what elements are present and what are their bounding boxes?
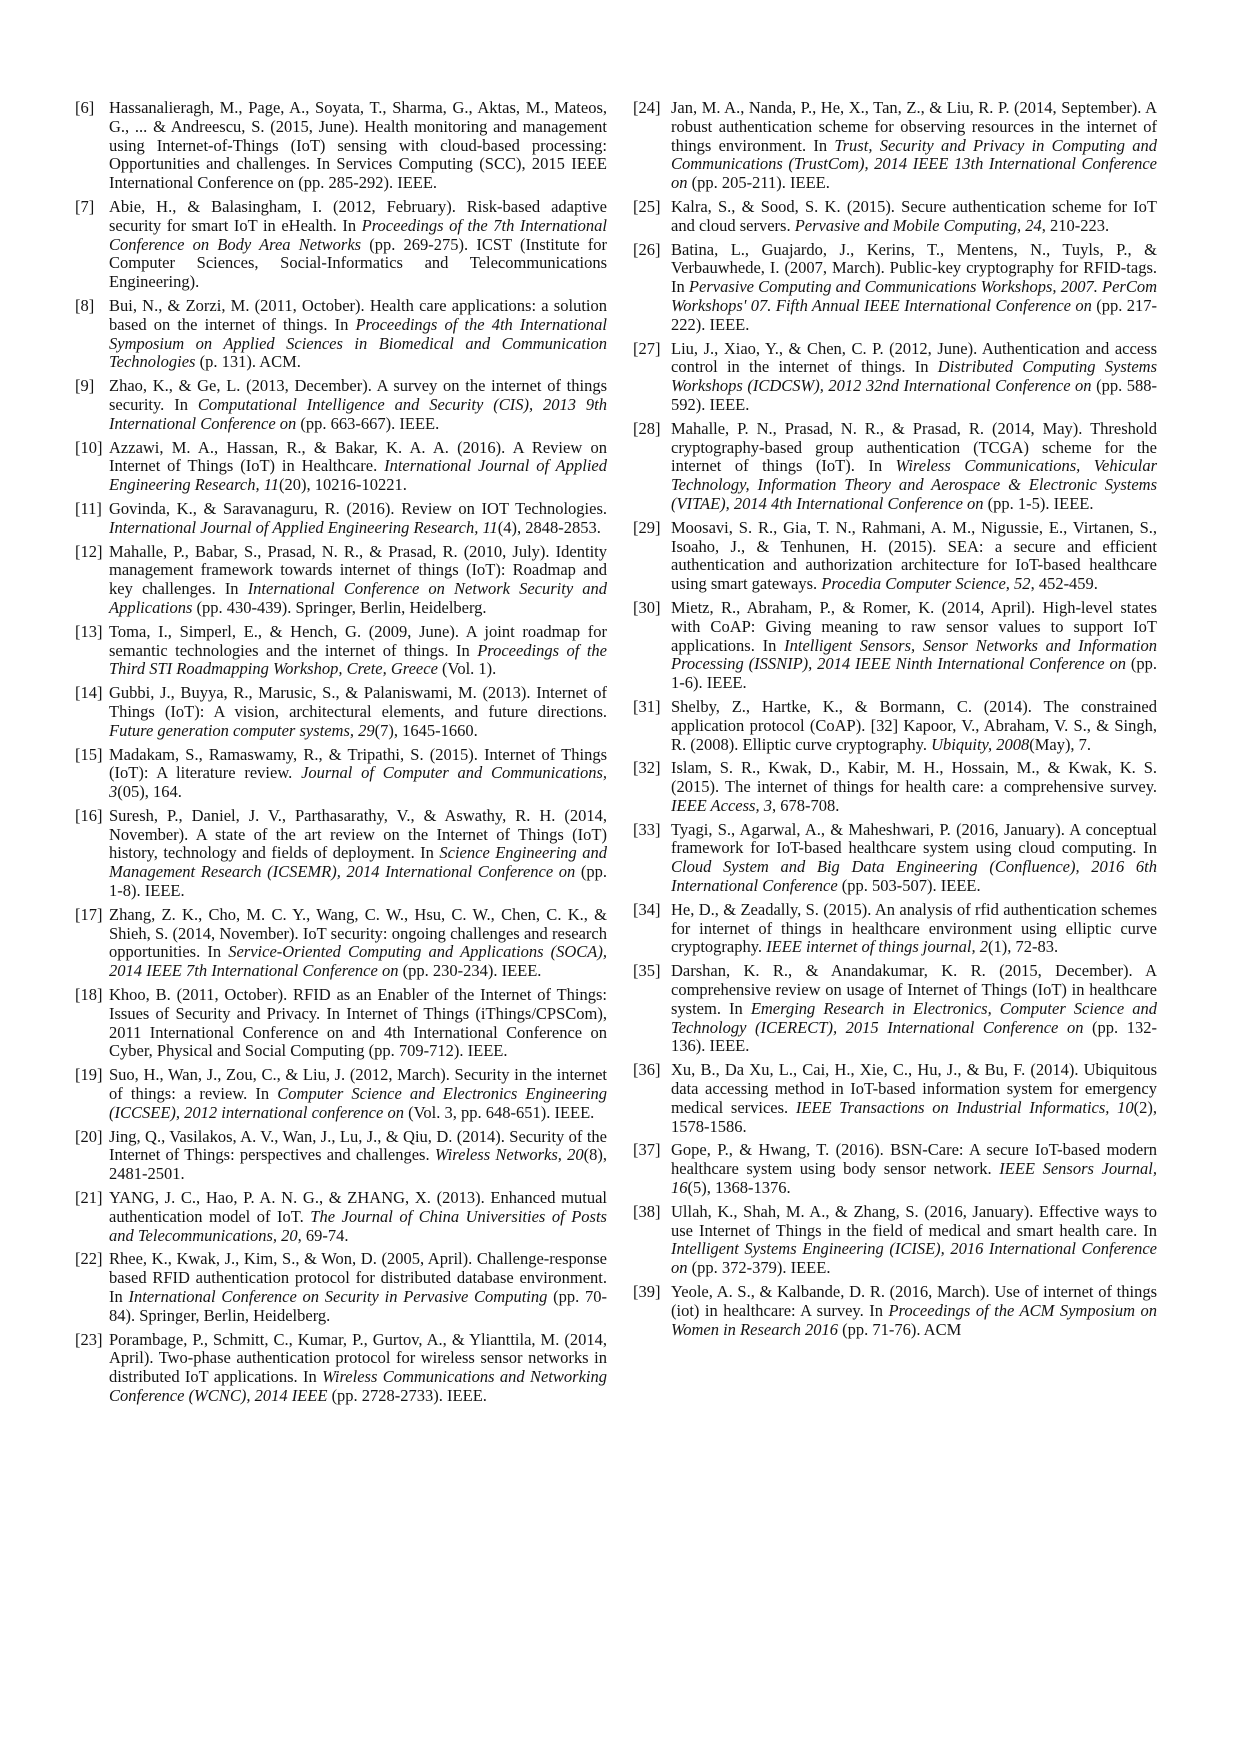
reference-text: Mahalle, P. N., Prasad, N. R., & Prasad,…: [671, 420, 1157, 514]
reference-item: [27]Liu, J., Xiao, Y., & Chen, C. P. (20…: [633, 340, 1157, 415]
reference-number: [17]: [75, 906, 109, 925]
reference-number: [25]: [633, 198, 671, 217]
reference-item: [38]Ullah, K., Shah, M. A., & Zhang, S. …: [633, 1203, 1157, 1278]
reference-text: Zhao, K., & Ge, L. (2013, December). A s…: [109, 377, 607, 433]
reference-item: [13]Toma, I., Simperl, E., & Hench, G. (…: [75, 623, 607, 679]
reference-text: Madakam, S., Ramaswamy, R., & Tripathi, …: [109, 746, 607, 802]
reference-number: [7]: [75, 198, 109, 217]
reference-text-segment: (20), 10216-10221.: [279, 475, 407, 494]
reference-text: Abie, H., & Balasingham, I. (2012, Febru…: [109, 198, 607, 292]
reference-text: Gope, P., & Hwang, T. (2016). BSN-Care: …: [671, 1141, 1157, 1197]
reference-number: [14]: [75, 684, 109, 703]
reference-text: Islam, S. R., Kwak, D., Kabir, M. H., Ho…: [671, 759, 1157, 815]
reference-text: Jan, M. A., Nanda, P., He, X., Tan, Z., …: [671, 99, 1157, 193]
reference-item: [25]Kalra, S., & Sood, S. K. (2015). Sec…: [633, 198, 1157, 236]
reference-item: [22]Rhee, K., Kwak, J., Kim, S., & Won, …: [75, 1250, 607, 1325]
reference-item: [14]Gubbi, J., Buyya, R., Marusic, S., &…: [75, 684, 607, 740]
reference-text-segment: Gubbi, J., Buyya, R., Marusic, S., & Pal…: [109, 683, 607, 721]
reference-text-segment: (1), 72-83.: [988, 937, 1058, 956]
reference-number: [8]: [75, 297, 109, 316]
references-column-right: [24]Jan, M. A., Nanda, P., He, X., Tan, …: [633, 99, 1157, 1344]
reference-text-italic-segment: Future generation computer systems, 29: [109, 721, 375, 740]
reference-text-italic-segment: International Journal of Applied Enginee…: [109, 518, 498, 537]
reference-number: [26]: [633, 241, 671, 260]
reference-text: Shelby, Z., Hartke, K., & Bormann, C. (2…: [671, 698, 1157, 754]
reference-number: [29]: [633, 519, 671, 538]
reference-text-segment: (5), 1368-1376.: [688, 1178, 791, 1197]
reference-text-segment: (p. 131). ACM.: [195, 352, 300, 371]
reference-number: [13]: [75, 623, 109, 642]
reference-text: Batina, L., Guajardo, J., Kerins, T., Me…: [671, 241, 1157, 335]
reference-item: [26]Batina, L., Guajardo, J., Kerins, T.…: [633, 241, 1157, 335]
reference-item: [35]Darshan, K. R., & Anandakumar, K. R.…: [633, 962, 1157, 1056]
reference-text-segment: (05), 164.: [117, 782, 182, 801]
reference-number: [20]: [75, 1128, 109, 1147]
reference-text: Tyagi, S., Agarwal, A., & Maheshwari, P.…: [671, 821, 1157, 896]
reference-text-italic-segment: Ubiquity, 2008: [931, 735, 1029, 754]
reference-item: [9]Zhao, K., & Ge, L. (2013, December). …: [75, 377, 607, 433]
reference-item: [24]Jan, M. A., Nanda, P., He, X., Tan, …: [633, 99, 1157, 193]
reference-text-italic-segment: Wireless Networks, 20: [435, 1145, 584, 1164]
reference-number: [35]: [633, 962, 671, 981]
reference-text-italic-segment: IEEE Transactions on Industrial Informat…: [796, 1098, 1134, 1117]
reference-text-segment: , 69-74.: [298, 1226, 349, 1245]
reference-text: Ullah, K., Shah, M. A., & Zhang, S. (201…: [671, 1203, 1157, 1278]
reference-item: [16]Suresh, P., Daniel, J. V., Parthasar…: [75, 807, 607, 901]
reference-text: Jing, Q., Vasilakos, A. V., Wan, J., Lu,…: [109, 1128, 607, 1184]
reference-text: Liu, J., Xiao, Y., & Chen, C. P. (2012, …: [671, 340, 1157, 415]
reference-number: [34]: [633, 901, 671, 920]
reference-text-segment: (pp. 71-76). ACM: [838, 1320, 961, 1339]
reference-text: Azzawi, M. A., Hassan, R., & Bakar, K. A…: [109, 439, 607, 495]
reference-item: [6]Hassanalieragh, M., Page, A., Soyata,…: [75, 99, 607, 193]
reference-text-segment: Govinda, K., & Saravanaguru, R. (2016). …: [109, 499, 607, 518]
reference-text-segment: (pp. 663-667). IEEE.: [296, 414, 439, 433]
reference-text-segment: (pp. 230-234). IEEE.: [398, 961, 541, 980]
reference-text: Xu, B., Da Xu, L., Cai, H., Xie, C., Hu,…: [671, 1061, 1157, 1136]
reference-item: [31]Shelby, Z., Hartke, K., & Bormann, C…: [633, 698, 1157, 754]
reference-text-segment: (May), 7.: [1029, 735, 1091, 754]
reference-text-segment: (4), 2848-2853.: [498, 518, 601, 537]
reference-text: Mietz, R., Abraham, P., & Romer, K. (201…: [671, 599, 1157, 693]
reference-item: [32]Islam, S. R., Kwak, D., Kabir, M. H.…: [633, 759, 1157, 815]
reference-text-segment: Khoo, B. (2011, October). RFID as an Ena…: [109, 985, 607, 1060]
reference-item: [12]Mahalle, P., Babar, S., Prasad, N. R…: [75, 543, 607, 618]
reference-number: [9]: [75, 377, 109, 396]
reference-number: [33]: [633, 821, 671, 840]
reference-number: [39]: [633, 1283, 671, 1302]
reference-item: [11]Govinda, K., & Saravanaguru, R. (201…: [75, 500, 607, 538]
reference-text-segment: (7), 1645-1660.: [375, 721, 478, 740]
reference-text: Moosavi, S. R., Gia, T. N., Rahmani, A. …: [671, 519, 1157, 594]
reference-text-segment: (pp. 1-5). IEEE.: [984, 494, 1094, 513]
reference-text-segment: (pp. 205-211). IEEE.: [688, 173, 830, 192]
reference-number: [38]: [633, 1203, 671, 1222]
reference-item: [21]YANG, J. C., Hao, P. A. N. G., & ZHA…: [75, 1189, 607, 1245]
reference-text-segment: , 452-459.: [1031, 574, 1098, 593]
reference-text: Bui, N., & Zorzi, M. (2011, October). He…: [109, 297, 607, 372]
reference-number: [6]: [75, 99, 109, 118]
reference-number: [24]: [633, 99, 671, 118]
references-page: [6]Hassanalieragh, M., Page, A., Soyata,…: [0, 0, 1241, 1754]
reference-item: [37]Gope, P., & Hwang, T. (2016). BSN-Ca…: [633, 1141, 1157, 1197]
reference-text-segment: (Vol. 3, pp. 648-651). IEEE.: [404, 1103, 594, 1122]
reference-number: [27]: [633, 340, 671, 359]
reference-text: Khoo, B. (2011, October). RFID as an Ena…: [109, 986, 607, 1061]
reference-number: [31]: [633, 698, 671, 717]
reference-text-segment: Islam, S. R., Kwak, D., Kabir, M. H., Ho…: [671, 758, 1157, 796]
reference-text-italic-segment: Pervasive Computing and Communications W…: [671, 277, 1157, 315]
reference-item: [23]Porambage, P., Schmitt, C., Kumar, P…: [75, 1331, 607, 1406]
reference-item: [10]Azzawi, M. A., Hassan, R., & Bakar, …: [75, 439, 607, 495]
reference-item: [36]Xu, B., Da Xu, L., Cai, H., Xie, C.,…: [633, 1061, 1157, 1136]
reference-number: [22]: [75, 1250, 109, 1269]
reference-item: [17]Zhang, Z. K., Cho, M. C. Y., Wang, C…: [75, 906, 607, 981]
reference-text-italic-segment: IEEE internet of things journal, 2: [766, 937, 988, 956]
reference-text-segment: Hassanalieragh, M., Page, A., Soyata, T.…: [109, 98, 607, 192]
reference-number: [11]: [75, 500, 109, 519]
reference-item: [29]Moosavi, S. R., Gia, T. N., Rahmani,…: [633, 519, 1157, 594]
reference-text-segment: (pp. 372-379). IEEE.: [688, 1258, 831, 1277]
reference-number: [37]: [633, 1141, 671, 1160]
reference-text: YANG, J. C., Hao, P. A. N. G., & ZHANG, …: [109, 1189, 607, 1245]
reference-item: [39]Yeole, A. S., & Kalbande, D. R. (201…: [633, 1283, 1157, 1339]
reference-text-segment: (pp. 430-439). Springer, Berlin, Heidelb…: [192, 598, 486, 617]
reference-text: Rhee, K., Kwak, J., Kim, S., & Won, D. (…: [109, 1250, 607, 1325]
references-column-left: [6]Hassanalieragh, M., Page, A., Soyata,…: [75, 99, 607, 1411]
reference-item: [33]Tyagi, S., Agarwal, A., & Maheshwari…: [633, 821, 1157, 896]
reference-text-segment: Tyagi, S., Agarwal, A., & Maheshwari, P.…: [671, 820, 1157, 858]
reference-item: [8]Bui, N., & Zorzi, M. (2011, October).…: [75, 297, 607, 372]
reference-text-segment: (pp. 503-507). IEEE.: [838, 876, 981, 895]
reference-item: [7]Abie, H., & Balasingham, I. (2012, Fe…: [75, 198, 607, 292]
reference-text-segment: (Vol. 1).: [438, 659, 496, 678]
reference-number: [36]: [633, 1061, 671, 1080]
reference-number: [19]: [75, 1066, 109, 1085]
reference-text: Gubbi, J., Buyya, R., Marusic, S., & Pal…: [109, 684, 607, 740]
reference-item: [20]Jing, Q., Vasilakos, A. V., Wan, J.,…: [75, 1128, 607, 1184]
reference-number: [12]: [75, 543, 109, 562]
reference-text-italic-segment: Pervasive and Mobile Computing, 24: [795, 216, 1042, 235]
reference-text: He, D., & Zeadally, S. (2015). An analys…: [671, 901, 1157, 957]
reference-text: Toma, I., Simperl, E., & Hench, G. (2009…: [109, 623, 607, 679]
reference-number: [18]: [75, 986, 109, 1005]
reference-text-segment: (pp. 2728-2733). IEEE.: [327, 1386, 486, 1405]
reference-text-italic-segment: IEEE Access, 3: [671, 796, 772, 815]
reference-number: [23]: [75, 1331, 109, 1350]
reference-text-italic-segment: Procedia Computer Science, 52: [821, 574, 1030, 593]
reference-item: [34]He, D., & Zeadally, S. (2015). An an…: [633, 901, 1157, 957]
reference-item: [18]Khoo, B. (2011, October). RFID as an…: [75, 986, 607, 1061]
reference-text: Darshan, K. R., & Anandakumar, K. R. (20…: [671, 962, 1157, 1056]
reference-item: [15]Madakam, S., Ramaswamy, R., & Tripat…: [75, 746, 607, 802]
reference-number: [16]: [75, 807, 109, 826]
reference-number: [28]: [633, 420, 671, 439]
reference-text-segment: Ullah, K., Shah, M. A., & Zhang, S. (201…: [671, 1202, 1157, 1240]
reference-text-segment: , 210-223.: [1042, 216, 1109, 235]
reference-text: Zhang, Z. K., Cho, M. C. Y., Wang, C. W.…: [109, 906, 607, 981]
reference-text: Yeole, A. S., & Kalbande, D. R. (2016, M…: [671, 1283, 1157, 1339]
reference-item: [28]Mahalle, P. N., Prasad, N. R., & Pra…: [633, 420, 1157, 514]
reference-item: [19]Suo, H., Wan, J., Zou, C., & Liu, J.…: [75, 1066, 607, 1122]
reference-number: [30]: [633, 599, 671, 618]
reference-text: Suresh, P., Daniel, J. V., Parthasarathy…: [109, 807, 607, 901]
reference-text: Hassanalieragh, M., Page, A., Soyata, T.…: [109, 99, 607, 193]
reference-number: [15]: [75, 746, 109, 765]
reference-number: [21]: [75, 1189, 109, 1208]
reference-text: Kalra, S., & Sood, S. K. (2015). Secure …: [671, 198, 1157, 236]
reference-text: Govinda, K., & Saravanaguru, R. (2016). …: [109, 500, 607, 538]
reference-text: Suo, H., Wan, J., Zou, C., & Liu, J. (20…: [109, 1066, 607, 1122]
reference-number: [32]: [633, 759, 671, 778]
reference-text-italic-segment: International Conference on Security in …: [129, 1287, 548, 1306]
reference-text: Porambage, P., Schmitt, C., Kumar, P., G…: [109, 1331, 607, 1406]
reference-number: [10]: [75, 439, 109, 458]
reference-text: Mahalle, P., Babar, S., Prasad, N. R., &…: [109, 543, 607, 618]
reference-text-segment: , 678-708.: [772, 796, 839, 815]
reference-item: [30]Mietz, R., Abraham, P., & Romer, K. …: [633, 599, 1157, 693]
